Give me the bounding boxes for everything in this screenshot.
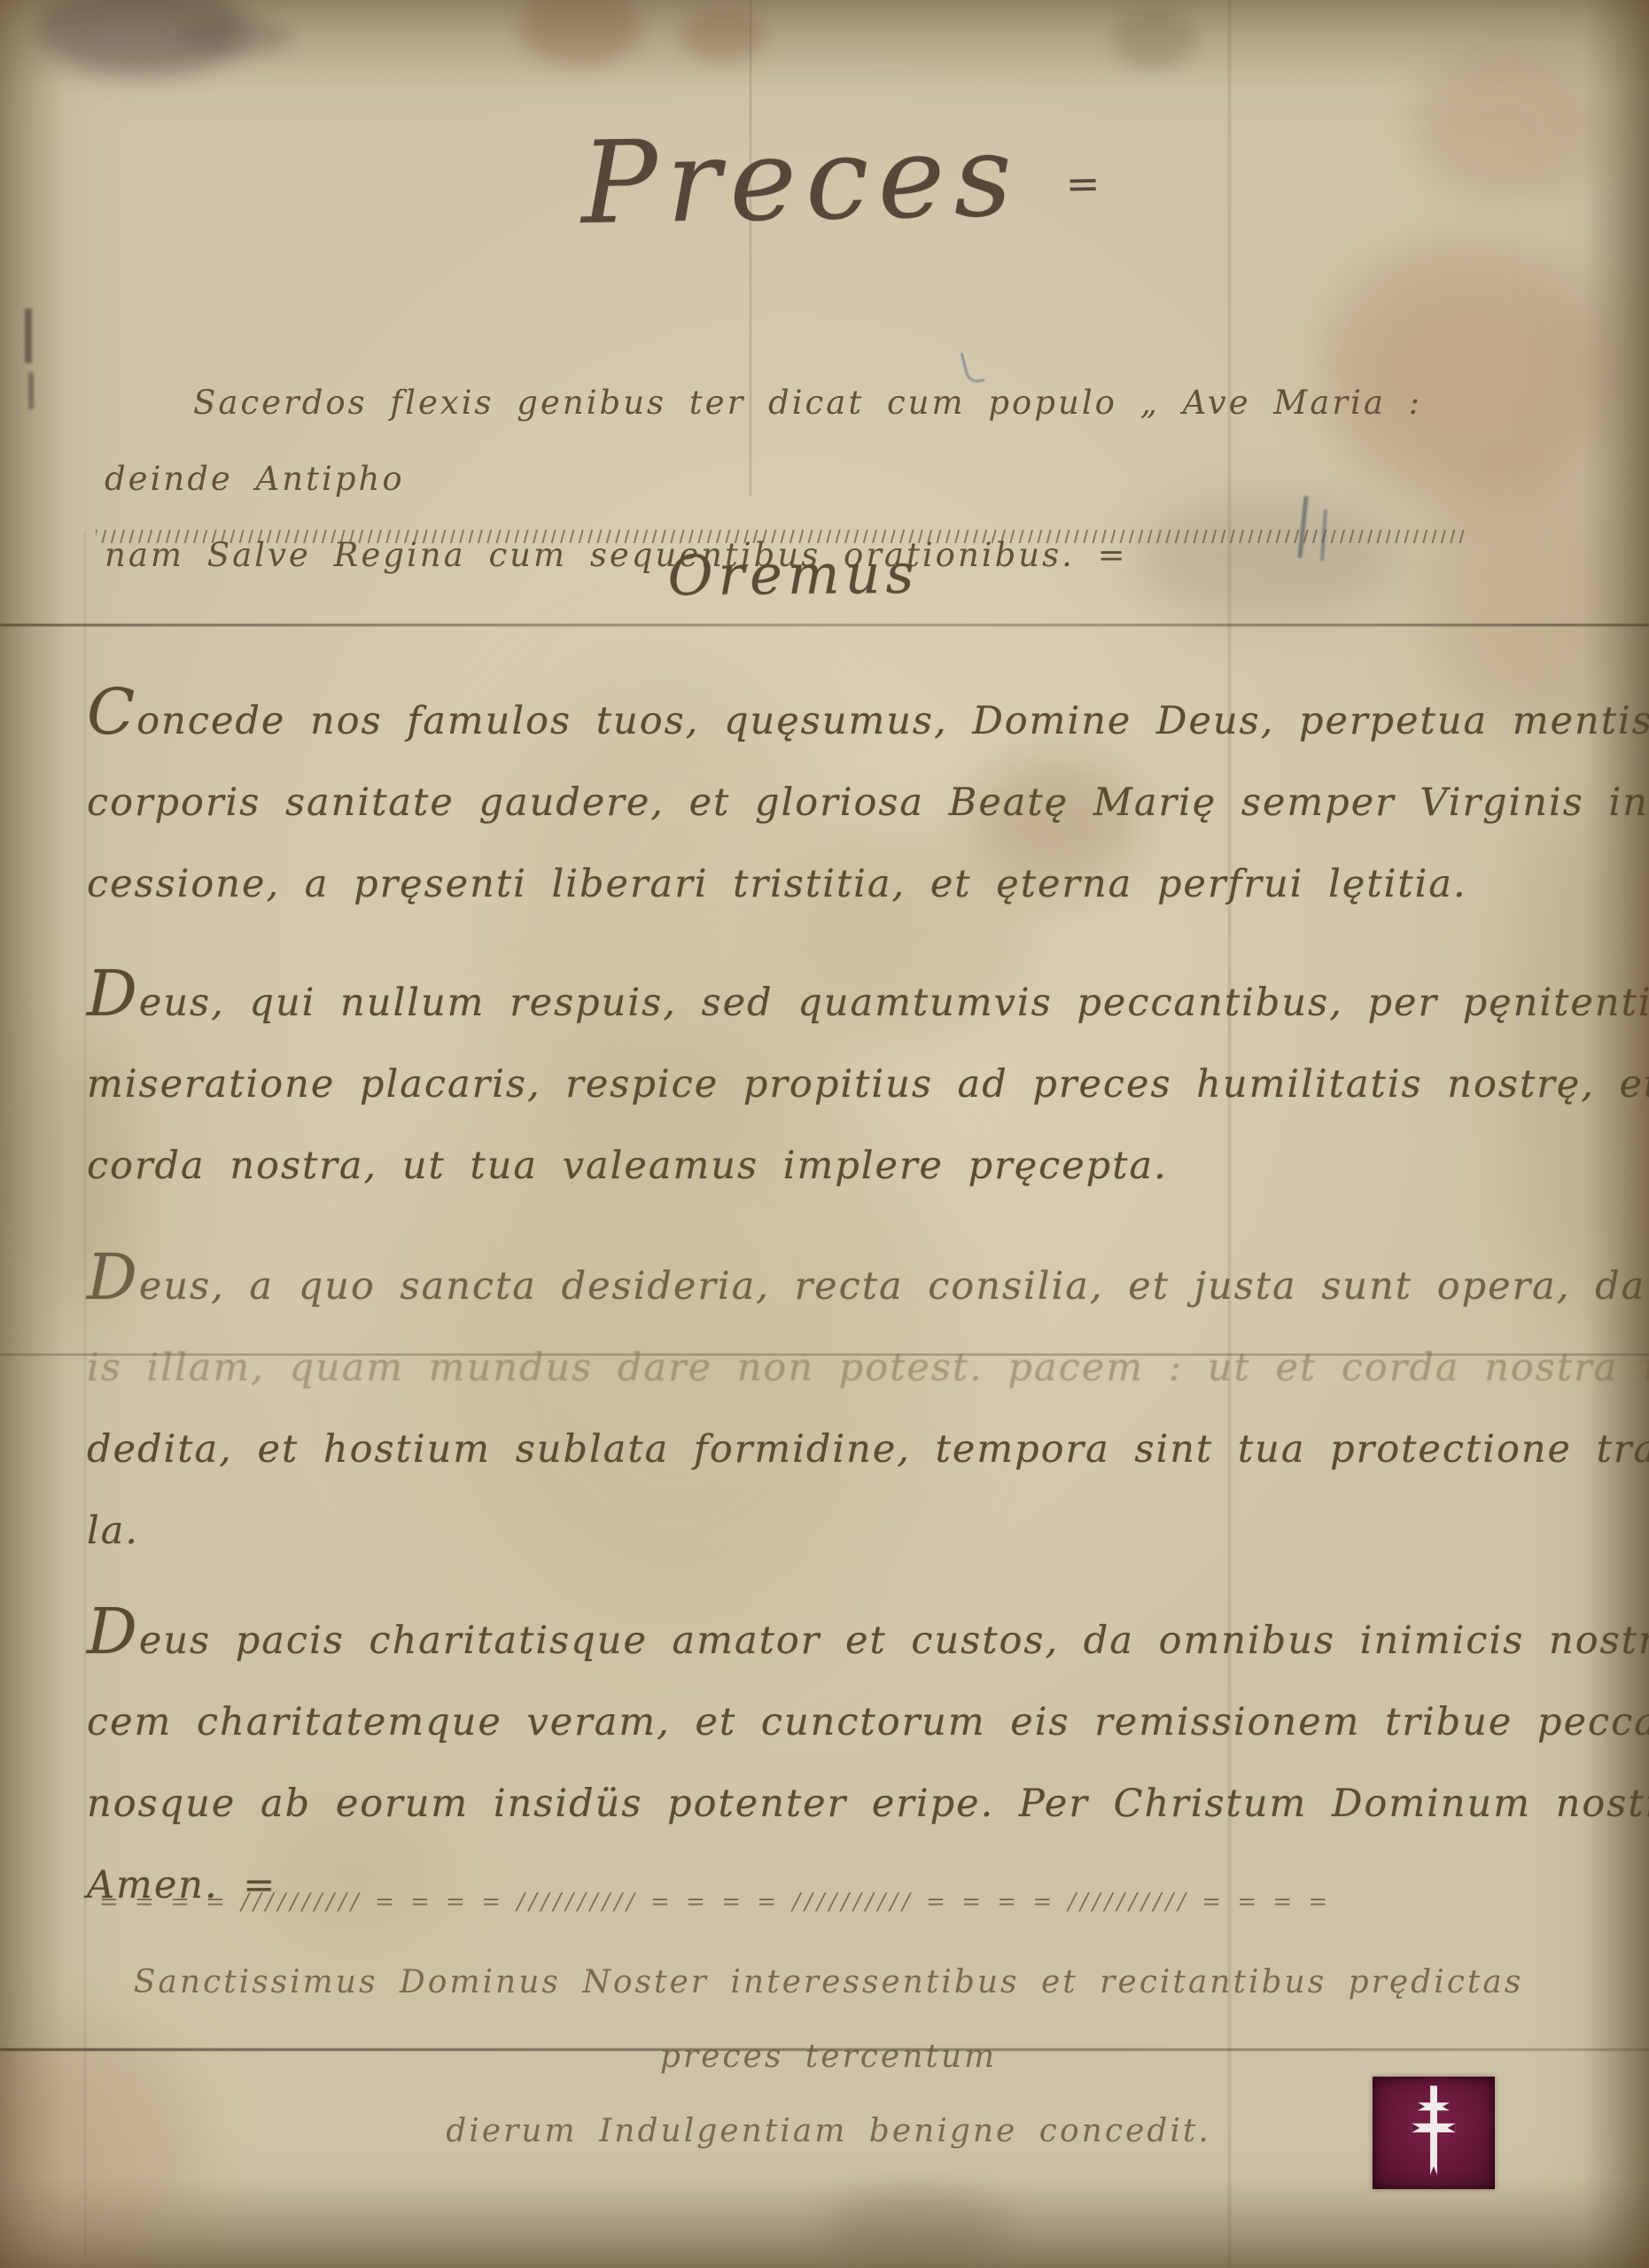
prayer-line: is illam, quam mundus dare non potest. p… [87,1327,1584,1409]
equals-slash-divider: = = = = ////////// = = = = ////////// = … [99,1889,1517,1915]
paper-stain [681,7,765,62]
prayer-paragraph: Concede nos famulos tuos, quęsumus, Domi… [87,680,1584,925]
paper-stain [518,0,642,65]
prayer-line: Deus, a quo sancta desideria, recta cons… [87,1246,1584,1327]
section-heading-oremus: Oremus [0,535,1618,614]
prayer-paragraph: Deus, a quo sancta desideria, recta cons… [87,1246,1584,1572]
paper-stain [1112,7,1196,69]
cross-badge [1373,2077,1495,2189]
paper-stain [35,0,248,75]
paper-stain [824,2188,1010,2268]
paper-stain [177,16,292,56]
title-text: Preces [580,110,1023,250]
manuscript-page: Preces = Sacerdos flexis genibus ter dic… [0,0,1649,2268]
prayer-line: Deus pacis charitatisque amator et custo… [87,1600,1584,1682]
prayer-paragraph: Deus pacis charitatisque amator et custo… [87,1600,1584,1926]
prayer-line: Deus, qui nullum respuis, sed quamtumvis… [87,962,1584,1044]
prayer-line: cessione, a pręsenti liberari tristitia,… [87,843,1584,925]
prayer-paragraph: Deus, qui nullum respuis, sed quamtumvis… [87,962,1584,1207]
closing-line: dierum Indulgentiam benigne concedit. [80,2094,1577,2169]
prayer-line: nosque ab eorum insidüs potenter eripe. … [87,1763,1584,1845]
prayer-line: corda nostra, ut tua valeamus implere pr… [87,1125,1584,1207]
page-title: Preces = [15,99,1649,260]
ink-mark [28,372,34,409]
crease-line [0,624,1649,626]
prayer-line: la. [87,1490,1584,1572]
prayer-line: Concede nos famulos tuos, quęsumus, Domi… [87,680,1584,762]
ink-mark [25,308,32,363]
prayer-line: miseratione placaris, respice propitius … [87,1044,1584,1125]
prayer-line: corporis sanitate gaudere, et gloriosa B… [87,762,1584,843]
rubric-line: Sacerdos flexis genibus ter dicat cum po… [105,365,1540,517]
prayer-line: cem charitatemque veram, et cunctorum ei… [87,1682,1584,1763]
closing-rubric: Sanctissimus Dominus Noster interessenti… [80,1946,1577,2169]
cross-of-lorraine-icon [1401,2084,1466,2183]
prayer-line: dedita, et hostium sublata formidine, te… [87,1409,1584,1490]
title-end-mark: = [1065,159,1100,208]
closing-line: Sanctissimus Dominus Noster interessenti… [80,1946,1577,2094]
